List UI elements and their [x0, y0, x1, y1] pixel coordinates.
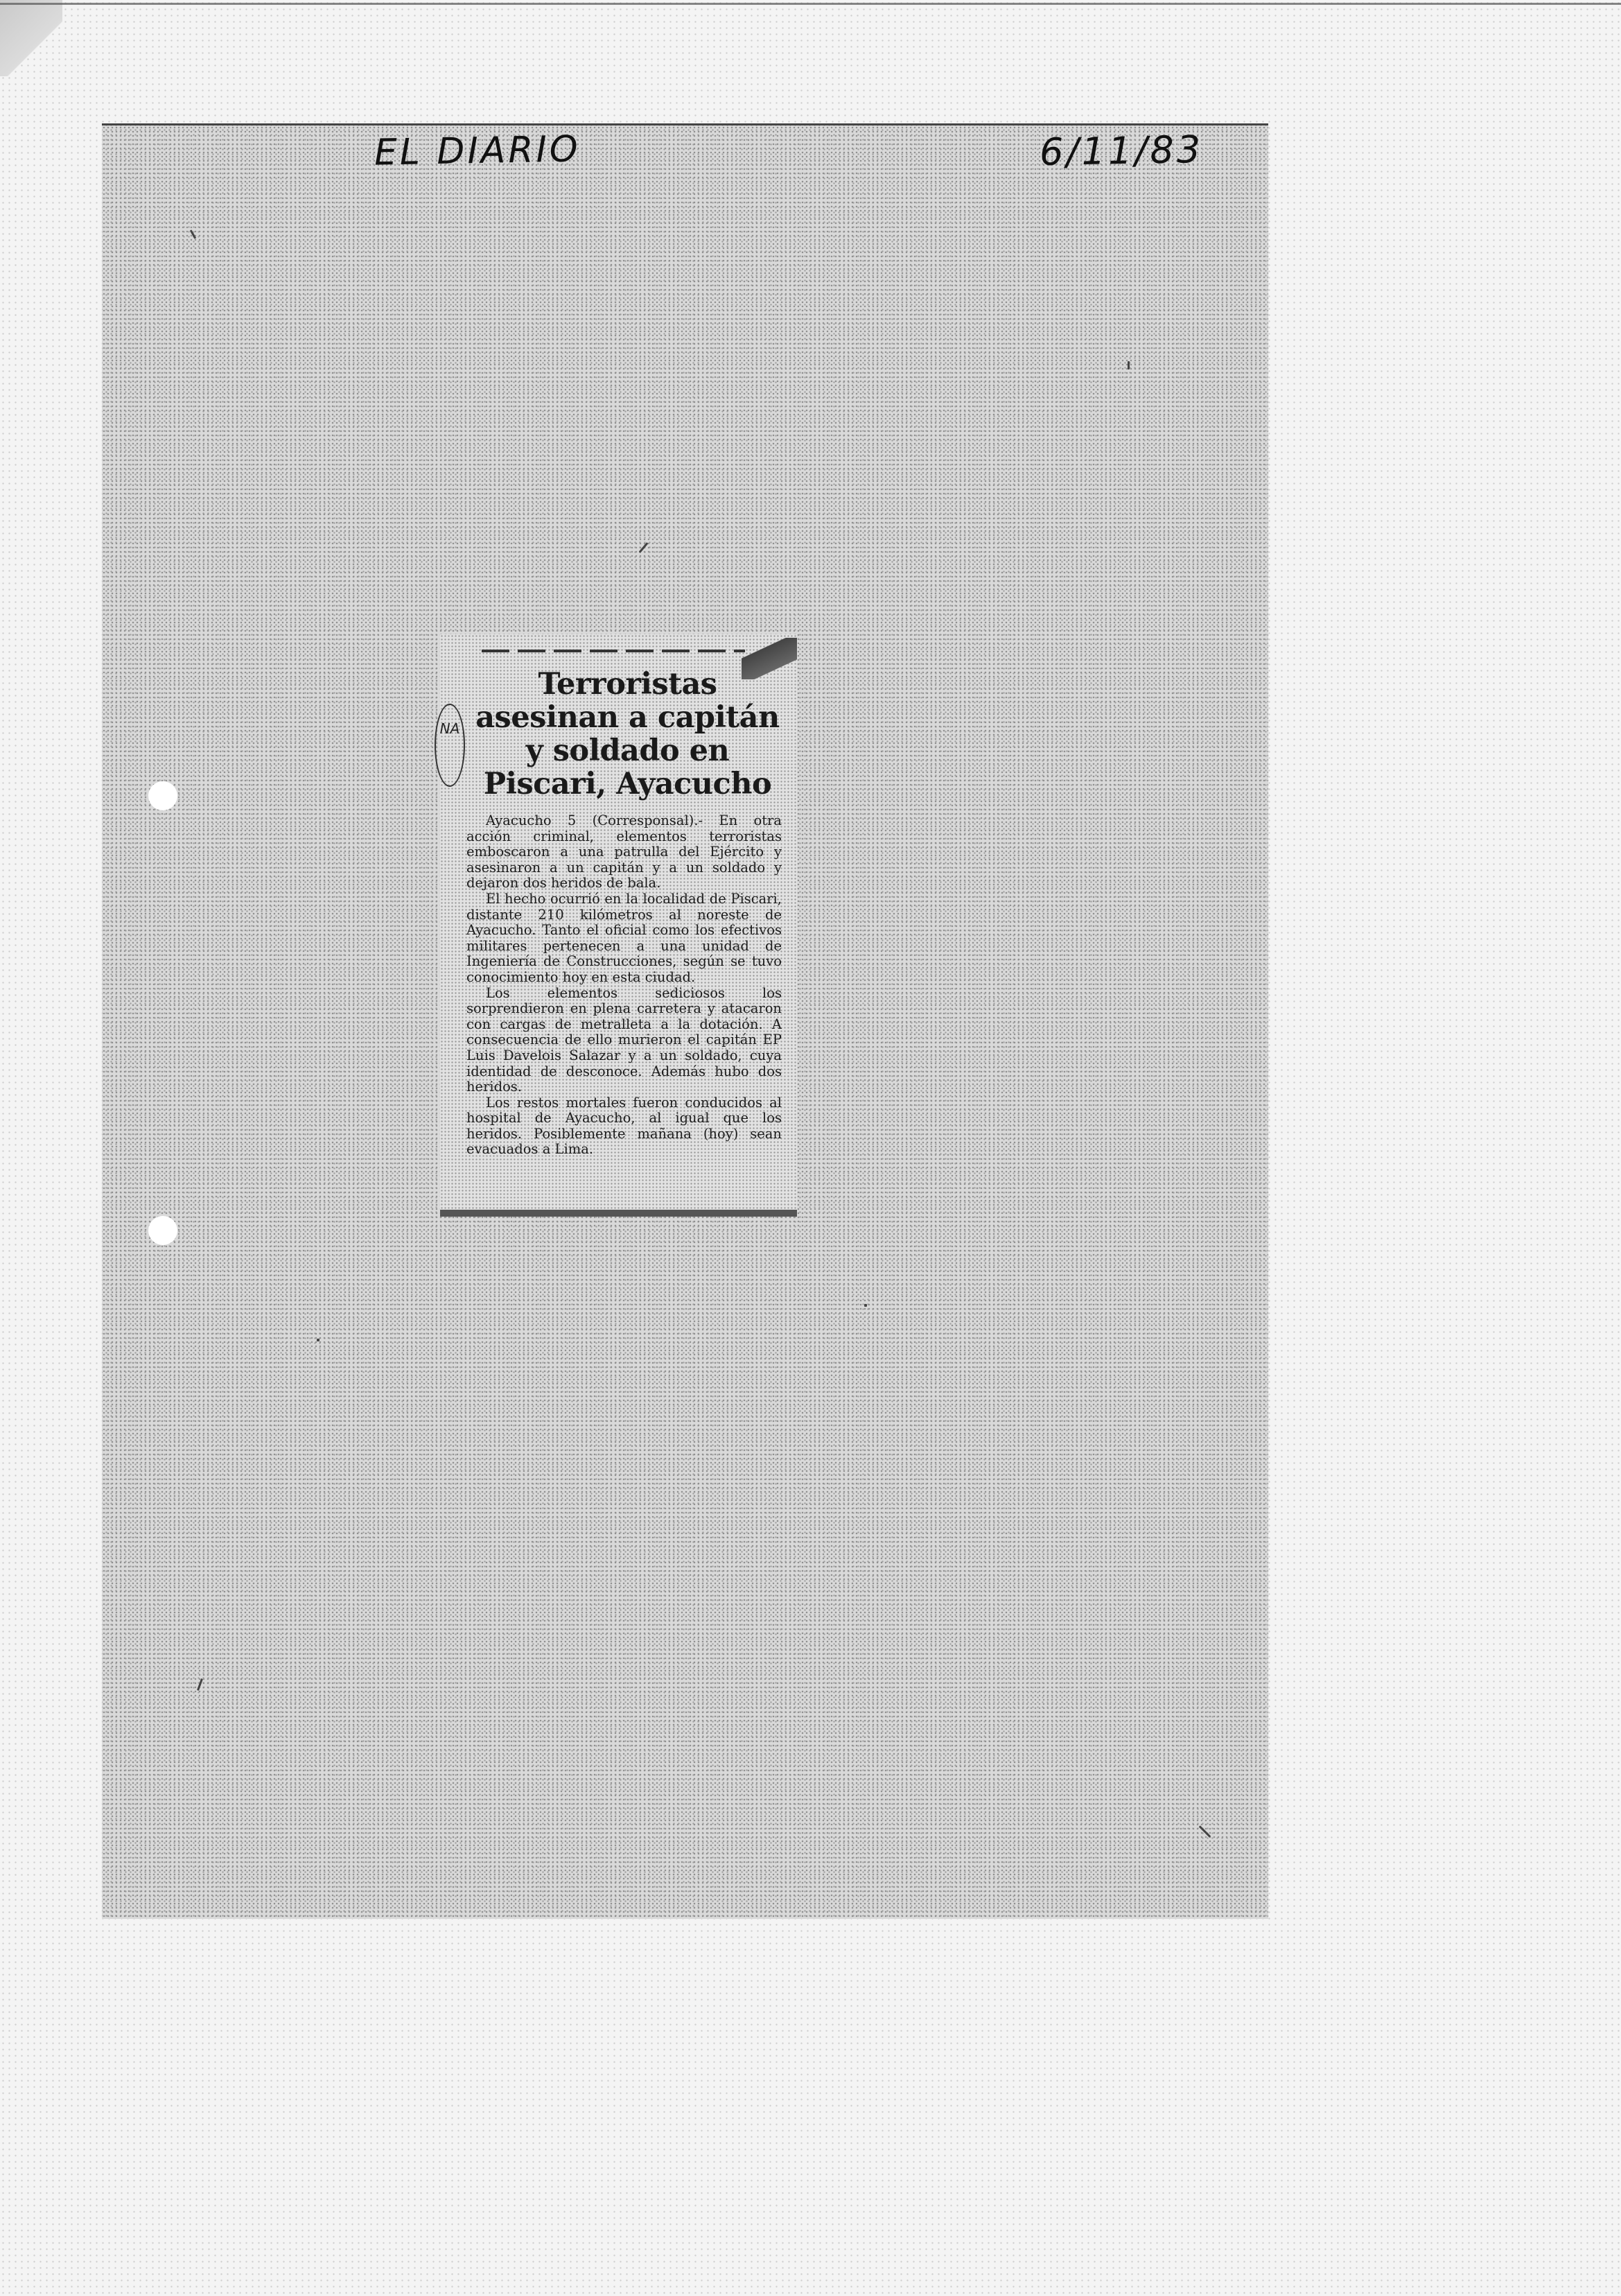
punch-hole-lower: [148, 1216, 177, 1245]
punch-hole-upper: [148, 781, 177, 810]
paper-fleck: [864, 1304, 867, 1307]
clipping-torn-corner: [742, 638, 797, 679]
clipping-paragraph: Los elementos sediciosos los sorprendier…: [466, 986, 782, 1095]
paper-fleck: [197, 1678, 203, 1691]
clipping-headline: Terroristas asesinan a capitán y soldado…: [473, 668, 782, 801]
paper-fleck: [190, 229, 197, 239]
clipping-body: Ayacucho 5 (Corresponsal).- En otra acci…: [466, 813, 782, 1158]
paper-fleck: [639, 542, 649, 553]
clipping-paragraph: Los restos mortales fueron conducidos al…: [466, 1095, 782, 1158]
clipping-paragraph: Ayacucho 5 (Corresponsal).- En otra acci…: [466, 813, 782, 892]
scan-top-edge: [0, 3, 1621, 5]
handwritten-margin-mark: NA: [435, 704, 465, 787]
paper-fleck: [317, 1339, 319, 1341]
paper-fleck: [1128, 361, 1130, 369]
newspaper-clipping: NA Terroristas asesinan a capitán y sold…: [440, 634, 797, 1217]
clipping-top-rule: [482, 650, 745, 652]
handwritten-date: 6/11/83: [1039, 128, 1203, 174]
scan-corner-shadow: [0, 0, 62, 76]
paper-fleck: [1199, 1825, 1211, 1838]
handwritten-source-label: EL DIARIO: [374, 128, 581, 173]
clipping-paragraph: El hecho ocurrió en la localidad de Pisc…: [466, 892, 782, 986]
